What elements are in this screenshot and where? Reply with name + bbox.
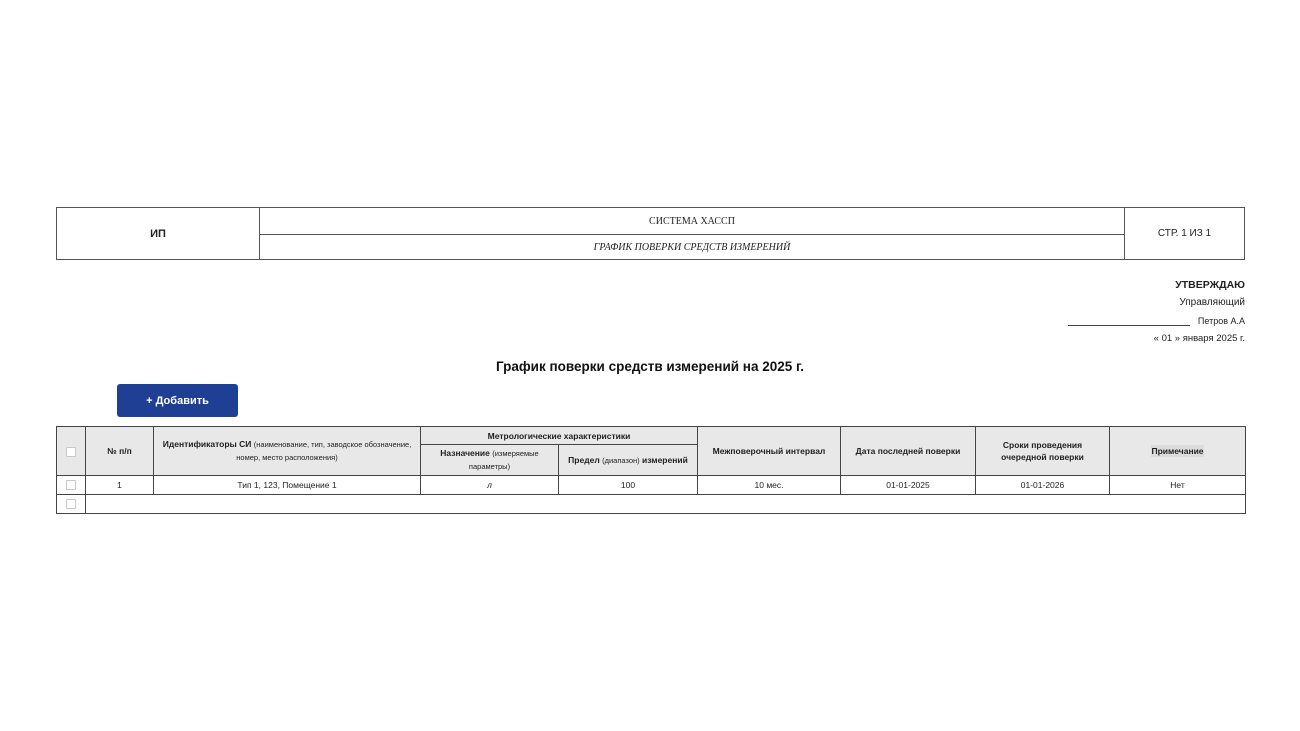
header-identifiers: Идентификаторы СИ (наименование, тип, за… (154, 427, 421, 476)
row-select-cell (57, 476, 86, 495)
empty-cell[interactable] (86, 495, 1246, 514)
header-metrology: Метрологические характеристики (421, 427, 698, 445)
cell-interval[interactable]: 10 мес. (698, 476, 841, 495)
row-checkbox[interactable] (66, 480, 76, 490)
row-select-cell (57, 495, 86, 514)
table-row[interactable]: 1 Тип 1, 123, Помещение 1 л 100 10 мес. … (57, 476, 1246, 495)
select-all-cell (57, 427, 86, 476)
signature-line: Петров А.А (1068, 312, 1245, 330)
cell-num[interactable]: 1 (86, 476, 154, 495)
header-note: Примечание (1110, 427, 1246, 476)
header-note-label: Примечание (1151, 445, 1203, 457)
cell-purpose[interactable]: л (421, 476, 559, 495)
approver-position: Управляющий (1068, 294, 1245, 312)
header-purpose: Назначение (измеряемые параметры) (421, 445, 559, 476)
header-limit-tail: измерений (642, 455, 688, 465)
document-name: ГРАФИК ПОВЕРКИ СРЕДСТВ ИЗМЕРЕНИЙ (260, 235, 1124, 259)
header-identifiers-main: Идентификаторы СИ (163, 439, 252, 449)
page-counter: СТР. 1 ИЗ 1 (1125, 208, 1244, 259)
cell-identifiers[interactable]: Тип 1, 123, Помещение 1 (154, 476, 421, 495)
approval-title: УТВЕРЖДАЮ (1068, 276, 1245, 294)
approval-block: УТВЕРЖДАЮ Управляющий Петров А.А « 01 » … (1068, 276, 1245, 348)
header-interval: Межповерочный интервал (698, 427, 841, 476)
header-identifiers-sub: (наименование, тип, заводское обозначени… (236, 440, 411, 462)
header-center: СИСТЕМА ХАССП ГРАФИК ПОВЕРКИ СРЕДСТВ ИЗМ… (260, 208, 1125, 259)
cell-last-date[interactable]: 01-01-2025 (841, 476, 976, 495)
system-name: СИСТЕМА ХАССП (260, 208, 1124, 235)
cell-next-date[interactable]: 01-01-2026 (976, 476, 1110, 495)
cell-note[interactable]: Нет (1110, 476, 1246, 495)
add-button[interactable]: + Добавить (117, 384, 238, 417)
select-all-checkbox[interactable] (66, 447, 76, 457)
row-checkbox[interactable] (66, 499, 76, 509)
header-limit-main: Предел (568, 455, 600, 465)
header-purpose-main: Назначение (440, 448, 490, 458)
header-next-date: Сроки проведения очередной поверки (976, 427, 1110, 476)
verification-table: № п/п Идентификаторы СИ (наименование, т… (56, 426, 1246, 514)
cell-limit[interactable]: 100 (559, 476, 698, 495)
signature-field (1068, 315, 1190, 326)
header-last-date: Дата последней поверки (841, 427, 976, 476)
signer-name: Петров А.А (1198, 312, 1245, 330)
header-limit: Предел (диапазон) измерений (559, 445, 698, 476)
page-title: График поверки средств измерений на 2025… (0, 359, 1300, 374)
header-num: № п/п (86, 427, 154, 476)
document-header: ИП СИСТЕМА ХАССП ГРАФИК ПОВЕРКИ СРЕДСТВ … (56, 207, 1245, 260)
approval-date: « 01 » января 2025 г. (1068, 330, 1245, 348)
organization-name: ИП (57, 208, 260, 259)
empty-row[interactable] (57, 495, 1246, 514)
header-limit-sub: (диапазон) (602, 456, 640, 465)
